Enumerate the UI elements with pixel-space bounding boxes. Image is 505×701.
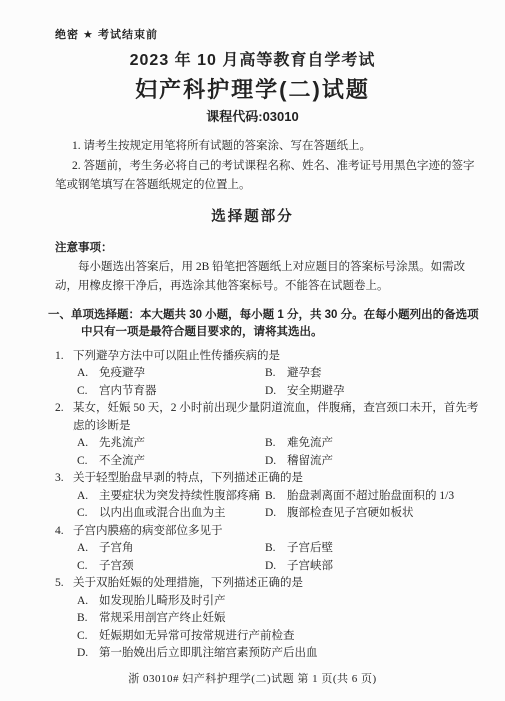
option-label: D. bbox=[265, 505, 287, 523]
option-text: 宫内节育器 bbox=[99, 385, 157, 397]
option-label: C. bbox=[77, 628, 99, 646]
option-d: D.第一胎娩出后立即肌注缩宫素预防产后出血 bbox=[77, 645, 487, 663]
option-text: 安全期避孕 bbox=[287, 385, 345, 397]
option-group: A.子宫角 B.子宫后壁 C.子宫颈 D.子宫峡部 bbox=[77, 540, 487, 575]
option-a: A.主要症状为突发持续性腹部疼痛 bbox=[77, 488, 265, 506]
question-stem-text: 关于双胎妊娠的处理措施，下列描述正确的是 bbox=[73, 577, 303, 589]
option-text: 主要症状为突发持续性腹部疼痛 bbox=[99, 490, 260, 502]
option-label: C. bbox=[77, 453, 99, 471]
question-stem-text: 子宫内膜癌的病变部位多见于 bbox=[73, 525, 223, 537]
option-text: 免疫避孕 bbox=[99, 367, 145, 379]
option-text: 如发现胎儿畸形及时引产 bbox=[99, 595, 226, 607]
option-text: 以内出血或混合出血为主 bbox=[99, 507, 226, 519]
question-3: 3.关于轻型胎盘早剥的特点，下列描述正确的是 A.主要症状为突发持续性腹部疼痛 … bbox=[55, 470, 487, 523]
option-d: D.子宫峡部 bbox=[265, 558, 487, 576]
option-label: A. bbox=[77, 593, 99, 611]
notice-text: 每小题选出答案后，用 2B 铅笔把答题纸上对应题目的答案标号涂黑。如需改动，用橡… bbox=[55, 258, 479, 296]
option-group: A.先兆流产 B.难免流产 C.不全流产 D.稽留流产 bbox=[77, 435, 487, 470]
course-code: 课程代码:03010 bbox=[0, 106, 505, 125]
option-text: 子宫峡部 bbox=[287, 560, 333, 572]
question-stem-text: 下列避孕方法中可以阻止性传播疾病的是 bbox=[73, 350, 280, 362]
question-stem-text: 关于轻型胎盘早剥的特点，下列描述正确的是 bbox=[73, 472, 303, 484]
option-label: D. bbox=[77, 645, 99, 663]
question-stem-text: 某女，妊娠 50 天，2 小时前出现少量阴道流血，伴腹痛，查宫颈口未开，首先考虑… bbox=[73, 402, 478, 432]
option-text: 胎盘剥离面不超过胎盘面积的 1/3 bbox=[287, 490, 454, 502]
question-number: 4. bbox=[55, 523, 73, 541]
question-2: 2.某女，妊娠 50 天，2 小时前出现少量阴道流血，伴腹痛，查宫颈口未开，首先… bbox=[55, 400, 487, 470]
option-label: B. bbox=[265, 540, 287, 558]
option-a: A.子宫角 bbox=[77, 540, 265, 558]
question-stem: 3.关于轻型胎盘早剥的特点，下列描述正确的是 bbox=[55, 470, 487, 488]
option-c: C.以内出血或混合出血为主 bbox=[77, 505, 265, 523]
question-number: 5. bbox=[55, 575, 73, 593]
option-b: B.子宫后壁 bbox=[265, 540, 487, 558]
option-label: B. bbox=[77, 610, 99, 628]
section-title-choice-part: 选择题部分 bbox=[0, 205, 505, 226]
option-label: A. bbox=[77, 365, 99, 383]
question-5: 5.关于双胎妊娠的处理措施，下列描述正确的是 A.如发现胎儿畸形及时引产 B.常… bbox=[55, 575, 487, 663]
paper-title: 妇产科护理学(二)试题 bbox=[0, 73, 505, 104]
option-b: B.难免流产 bbox=[265, 435, 487, 453]
option-text: 不全流产 bbox=[99, 455, 145, 467]
option-c: C.子宫颈 bbox=[77, 558, 265, 576]
question-number: 3. bbox=[55, 470, 73, 488]
question-list: 1.下列避孕方法中可以阻止性传播疾病的是 A.免疫避孕 B.避孕套 C.宫内节育… bbox=[55, 348, 487, 663]
question-4: 4.子宫内膜癌的病变部位多见于 A.子宫角 B.子宫后壁 C.子宫颈 D.子宫峡… bbox=[55, 523, 487, 576]
option-text: 第一胎娩出后立即肌注缩宫素预防产后出血 bbox=[99, 647, 318, 659]
option-text: 先兆流产 bbox=[99, 437, 145, 449]
option-text: 子宫后壁 bbox=[287, 542, 333, 554]
option-a: A.免疫避孕 bbox=[77, 365, 265, 383]
question-number: 2. bbox=[55, 400, 73, 418]
option-c: C.妊娠期如无异常可按常规进行产前检查 bbox=[77, 628, 487, 646]
option-label: A. bbox=[77, 488, 99, 506]
question-1: 1.下列避孕方法中可以阻止性传播疾病的是 A.免疫避孕 B.避孕套 C.宫内节育… bbox=[55, 348, 487, 401]
option-group: A.免疫避孕 B.避孕套 C.宫内节育器 D.安全期避孕 bbox=[77, 365, 487, 400]
question-stem: 4.子宫内膜癌的病变部位多见于 bbox=[55, 523, 487, 541]
question-stem: 2.某女，妊娠 50 天，2 小时前出现少量阴道流血，伴腹痛，查宫颈口未开，首先… bbox=[55, 400, 487, 435]
option-text: 常规采用剖宫产终止妊娠 bbox=[99, 612, 226, 624]
option-d: D.稽留流产 bbox=[265, 453, 487, 471]
option-text: 妊娠期如无异常可按常规进行产前检查 bbox=[99, 630, 295, 642]
option-label: D. bbox=[265, 558, 287, 576]
option-c: C.宫内节育器 bbox=[77, 383, 265, 401]
exam-session-title: 2023 年 10 月高等教育自学考试 bbox=[0, 47, 505, 70]
option-label: D. bbox=[265, 453, 287, 471]
option-label: C. bbox=[77, 383, 99, 401]
option-label: A. bbox=[77, 540, 99, 558]
option-text: 难免流产 bbox=[287, 437, 333, 449]
option-text: 腹部检查见子宫硬如板状 bbox=[287, 507, 414, 519]
part-one-heading: 一、单项选择题：本大题共 30 小题，每小题 1 分，共 30 分。在每小题列出… bbox=[48, 307, 483, 342]
option-d: D.腹部检查见子宫硬如板状 bbox=[265, 505, 487, 523]
option-c: C.不全流产 bbox=[77, 453, 265, 471]
option-label: B. bbox=[265, 435, 287, 453]
option-a: A.如发现胎儿畸形及时引产 bbox=[77, 593, 487, 611]
question-stem: 5.关于双胎妊娠的处理措施，下列描述正确的是 bbox=[55, 575, 487, 593]
option-a: A.先兆流产 bbox=[77, 435, 265, 453]
option-label: B. bbox=[265, 488, 287, 506]
instruction-item-2: 2. 答题前，考生务必将自己的考试课程名称、姓名、准考证号用黑色字迹的签字笔或钢… bbox=[55, 157, 479, 196]
exam-instructions: 1. 请考生按规定用笔将所有试题的答案涂、写在答题纸上。 2. 答题前，考生务必… bbox=[55, 137, 479, 196]
option-label: C. bbox=[77, 505, 99, 523]
option-b: B.常规采用剖宫产终止妊娠 bbox=[77, 610, 487, 628]
instruction-item-1: 1. 请考生按规定用笔将所有试题的答案涂、写在答题纸上。 bbox=[55, 137, 479, 157]
option-text: 稽留流产 bbox=[287, 455, 333, 467]
option-label: B. bbox=[265, 365, 287, 383]
option-label: A. bbox=[77, 435, 99, 453]
classification-banner: 绝密 ★ 考试结束前 bbox=[55, 26, 505, 42]
option-group: A.主要症状为突发持续性腹部疼痛 B.胎盘剥离面不超过胎盘面积的 1/3 C.以… bbox=[77, 488, 487, 523]
exam-paper-page: 绝密 ★ 考试结束前 2023 年 10 月高等教育自学考试 妇产科护理学(二)… bbox=[0, 0, 505, 701]
option-text: 避孕套 bbox=[287, 367, 322, 379]
option-label: D. bbox=[265, 383, 287, 401]
option-d: D.安全期避孕 bbox=[265, 383, 487, 401]
option-text: 子宫角 bbox=[99, 542, 134, 554]
option-text: 子宫颈 bbox=[99, 560, 134, 572]
question-stem: 1.下列避孕方法中可以阻止性传播疾病的是 bbox=[55, 348, 487, 366]
option-label: C. bbox=[77, 558, 99, 576]
question-number: 1. bbox=[55, 348, 73, 366]
option-group: A.如发现胎儿畸形及时引产 B.常规采用剖宫产终止妊娠 C.妊娠期如无异常可按常… bbox=[77, 593, 487, 663]
notice-label: 注意事项： bbox=[55, 239, 505, 258]
page-footer: 浙 03010# 妇产科护理学(二)试题 第 1 页(共 6 页) bbox=[0, 670, 505, 686]
option-b: B.胎盘剥离面不超过胎盘面积的 1/3 bbox=[265, 488, 487, 506]
option-b: B.避孕套 bbox=[265, 365, 487, 383]
